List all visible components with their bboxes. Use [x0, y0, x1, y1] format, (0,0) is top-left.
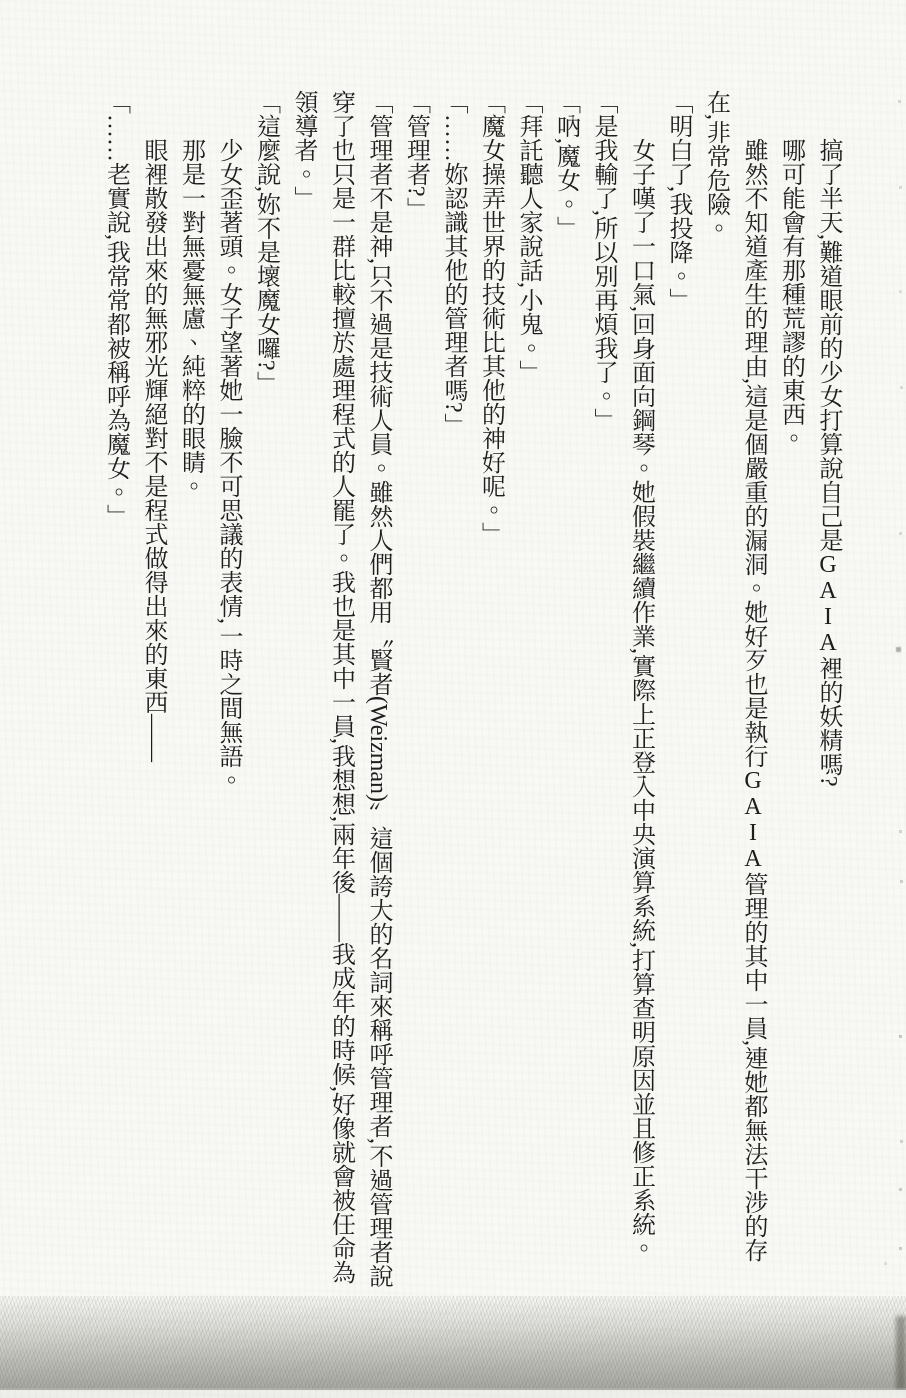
paragraph: 「……老實說,我常常都被稱呼為魔女。」 [96, 90, 134, 1290]
scan-specks [0, 0, 3, 3]
paragraph: 「魔女操弄世界的技術比其他的神好呢。」 [471, 90, 509, 1290]
paragraph: 少女歪著頭。女子望著她一臉不可思議的表情,一時之間無語。 [209, 90, 247, 1290]
paragraph: 「這麼說,妳不是壞魔女囉?」 [246, 90, 284, 1290]
book-page: 搞了半天,難道眼前的少女打算說自己是GAIA裡的妖精嗎?哪可能會有那種荒謬的東西… [0, 0, 906, 1398]
paragraph: 雖然不知道產生的理由,這是個嚴重的漏洞。她好歹也是執行GAIA管理的其中一員,連… [696, 90, 771, 1290]
paragraph: 搞了半天,難道眼前的少女打算說自己是GAIA裡的妖精嗎? [809, 90, 847, 1290]
paragraph: 那是一對無憂無慮、純粹的眼睛。 [171, 90, 209, 1290]
paragraph: 眼裡散發出來的無邪光輝絕對不是程式做得出來的東西—— [134, 90, 172, 1290]
paragraph: 「……妳認識其他的管理者嗎?」 [434, 90, 472, 1290]
paragraph: 女子嘆了一口氣,回身面向鋼琴。她假裝繼續作業,實際上正登入中央演算系統,打算查明… [621, 90, 659, 1290]
page-text-block: 搞了半天,難道眼前的少女打算說自己是GAIA裡的妖精嗎?哪可能會有那種荒謬的東西… [54, 90, 846, 1290]
paragraph: 「明白了,我投降。」 [659, 90, 697, 1290]
scan-shadow-band [0, 1296, 906, 1388]
paragraph: 「吶,魔女。」 [546, 90, 584, 1290]
paragraph: 「管理者?」 [396, 90, 434, 1290]
scan-foot-strip [0, 1390, 906, 1398]
paragraph: 哪可能會有那種荒謬的東西。 [771, 90, 809, 1290]
scan-smudge [896, 1316, 906, 1390]
paragraph: 「是我輸了,所以別再煩我了。」 [584, 90, 622, 1290]
latin-acronym: GAIA [815, 552, 841, 656]
paragraph: 「拜託聽人家說話,小鬼。」 [509, 90, 547, 1290]
paragraph: 「管理者不是神,只不過是技術人員。雖然人們都用〝賢者(Weizman)〞這個誇大… [284, 90, 397, 1290]
latin-acronym: GAIA [740, 768, 766, 872]
